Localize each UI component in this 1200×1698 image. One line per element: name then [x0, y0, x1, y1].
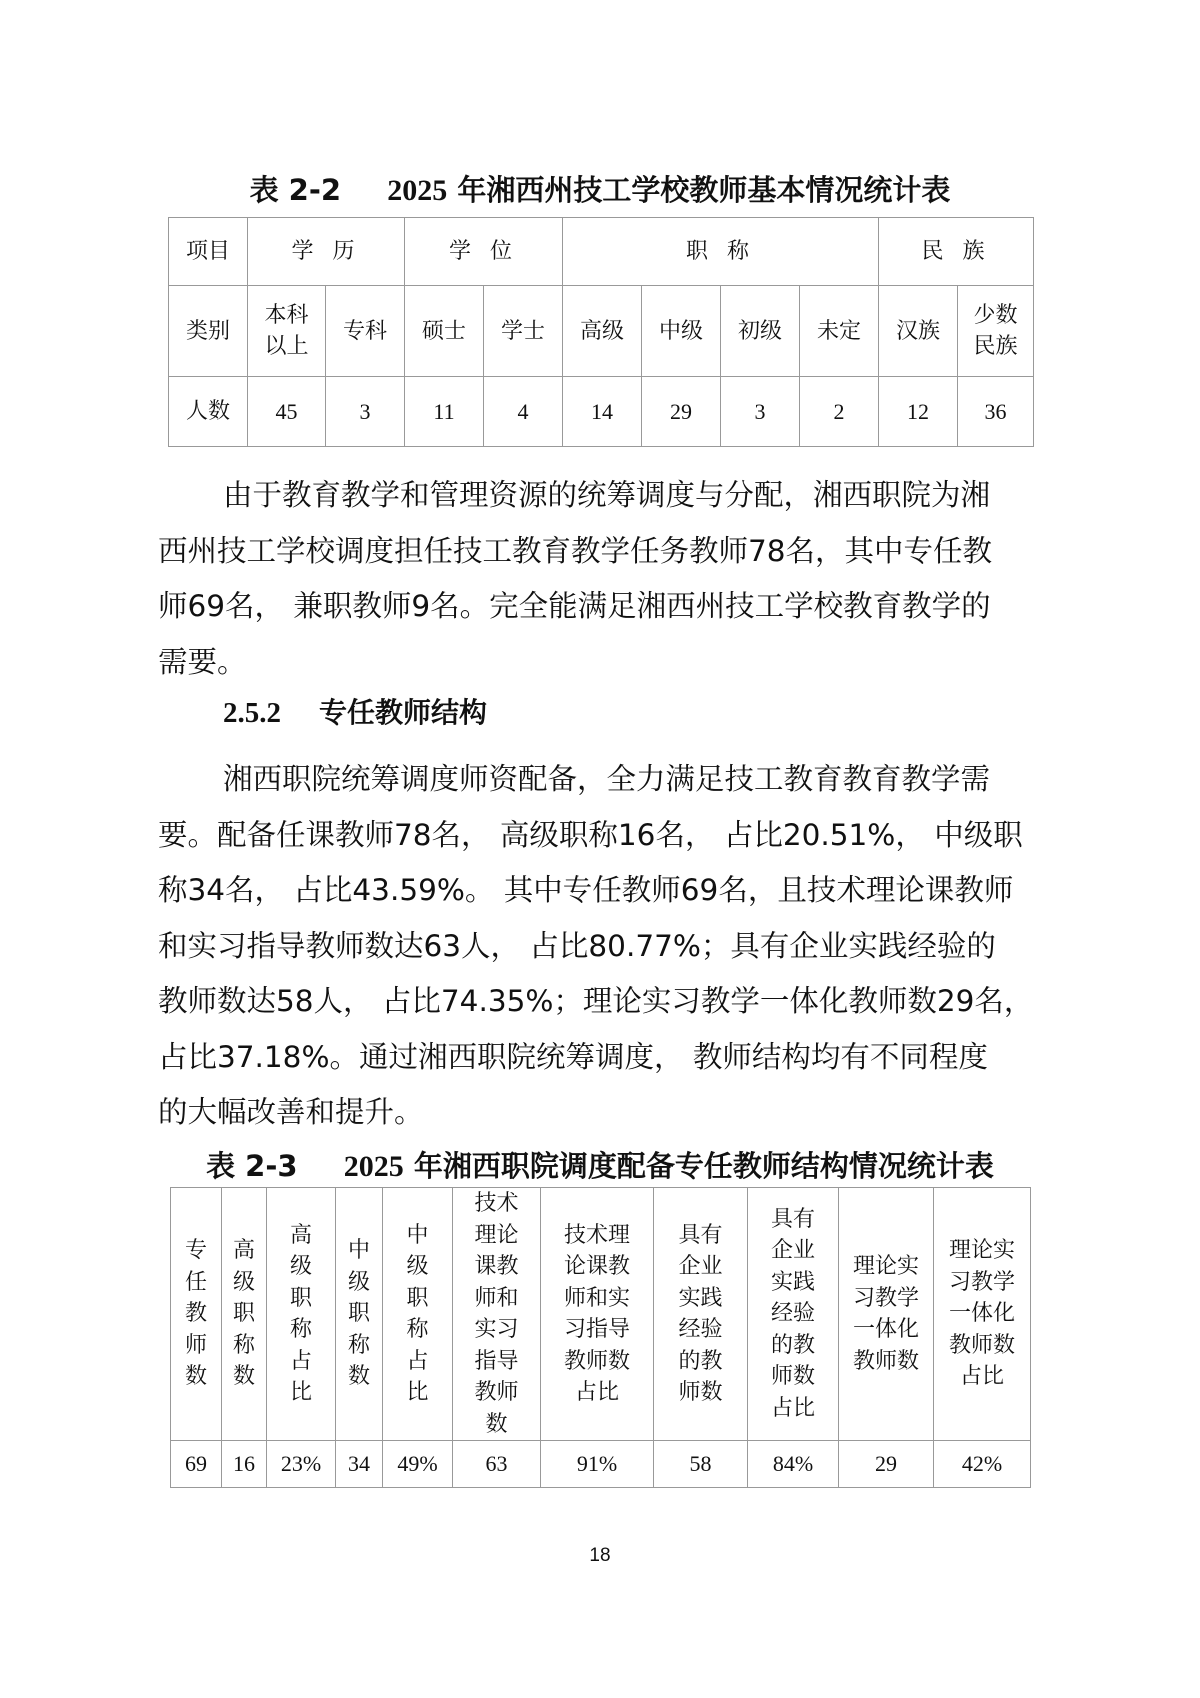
header-cell: 高级职称数 — [222, 1188, 267, 1441]
count-cell: 36 — [958, 377, 1034, 447]
header-line: 习指导 — [541, 1314, 653, 1346]
category-cell: 汉族 — [879, 286, 958, 377]
category-label: 类别 — [169, 286, 248, 377]
header-line: 师和 — [453, 1283, 540, 1315]
paragraph-teacher-structure: 湘西职院统筹调度师资配备，全力满足技工教育教育教学需 要。配备任课教师78名， … — [158, 752, 1046, 1141]
header-line: 理论实 — [934, 1235, 1030, 1267]
header-line: 高 — [222, 1235, 266, 1267]
header-line: 一体化 — [934, 1298, 1030, 1330]
header-cell: 具有企业实践经验的教师数 — [654, 1188, 748, 1441]
header-group-ethnicity: 民 族 — [879, 218, 1034, 286]
header-line: 占比 — [934, 1361, 1030, 1393]
category-cell: 硕士 — [405, 286, 484, 377]
count-cell: 2 — [800, 377, 879, 447]
header-line: 数 — [222, 1361, 266, 1393]
header-line: 职 — [336, 1298, 382, 1330]
header-line: 职 — [222, 1298, 266, 1330]
header-line: 级 — [222, 1267, 266, 1299]
header-line: 数 — [171, 1361, 221, 1393]
count-cell: 45 — [248, 377, 326, 447]
header-line: 级 — [383, 1251, 452, 1283]
header-line: 称 — [222, 1330, 266, 1362]
value-cell: 49% — [383, 1441, 453, 1488]
header-line: 指导 — [453, 1346, 540, 1378]
header-group-title: 职 称 — [563, 218, 879, 286]
caption-label: 表 2-2 — [250, 173, 342, 207]
header-cell: 具有企业实践经验的教师数占比 — [748, 1188, 839, 1441]
caption-year: 2025 — [344, 1150, 404, 1183]
count-row: 人数 45 3 11 4 14 29 3 2 12 36 — [169, 377, 1034, 447]
caption-text: 年湘西职院调度配备专任教师结构情况统计表 — [414, 1149, 994, 1183]
category-cell: 本科以上 — [248, 286, 326, 377]
header-line: 数 — [336, 1361, 382, 1393]
header-line: 具有 — [654, 1220, 747, 1252]
count-cell: 3 — [721, 377, 800, 447]
header-line: 具有 — [748, 1204, 838, 1236]
header-line: 级 — [267, 1251, 335, 1283]
header-line: 比 — [383, 1377, 452, 1409]
header-cell: 理论实习教学一体化教师数 — [839, 1188, 934, 1441]
header-line: 专 — [171, 1235, 221, 1267]
header-line: 师数 — [748, 1361, 838, 1393]
section-number: 2.5.2 — [223, 697, 281, 729]
header-cell: 中级职称占比 — [383, 1188, 453, 1441]
category-cell: 少数民族 — [958, 286, 1034, 377]
page-number: 18 — [0, 1545, 1200, 1567]
teacher-basic-stats-table: 项目 学 历 学 位 职 称 民 族 类别 本科以上 专科 硕士 学士 高级 中… — [168, 217, 1034, 447]
category-cell: 专科 — [326, 286, 405, 377]
category-cell: 高级 — [563, 286, 642, 377]
header-line: 企业 — [654, 1251, 747, 1283]
header-line: 理论 — [453, 1220, 540, 1252]
header-line: 教师数 — [934, 1330, 1030, 1362]
header-line: 一体化 — [839, 1314, 933, 1346]
table-2-3-caption: 表 2-3 2025 年湘西职院调度配备专任教师结构情况统计表 — [0, 1148, 1200, 1185]
header-row: 专任教师数 高级职称数 高级职称占比 中级职称数 中级职称占比 技术理论课教师和… — [171, 1188, 1031, 1441]
caption-label: 表 2-3 — [206, 1149, 298, 1183]
category-cell: 学士 — [484, 286, 563, 377]
header-cell: 中级职称数 — [336, 1188, 383, 1441]
header-line: 任 — [171, 1267, 221, 1299]
count-cell: 3 — [326, 377, 405, 447]
header-line: 技术 — [453, 1188, 540, 1220]
value-cell: 84% — [748, 1441, 839, 1488]
header-line: 占 — [267, 1346, 335, 1378]
header-line: 课教 — [453, 1251, 540, 1283]
header-line: 级 — [336, 1267, 382, 1299]
header-line: 师和实 — [541, 1283, 653, 1315]
section-title: 专任教师结构 — [319, 696, 487, 729]
header-line: 企业 — [748, 1235, 838, 1267]
header-line: 的教 — [654, 1346, 747, 1378]
header-line: 的教 — [748, 1330, 838, 1362]
value-row: 69 16 23% 34 49% 63 91% 58 84% 29 42% — [171, 1441, 1031, 1488]
header-line: 习教学 — [934, 1267, 1030, 1299]
header-line: 中 — [383, 1220, 452, 1252]
header-line: 师数 — [654, 1377, 747, 1409]
value-cell: 63 — [453, 1441, 541, 1488]
header-line: 经验 — [654, 1314, 747, 1346]
caption-text: 年湘西州技工学校教师基本情况统计表 — [457, 173, 950, 207]
header-line: 数 — [453, 1409, 540, 1441]
value-cell: 42% — [934, 1441, 1031, 1488]
full-time-teacher-structure-table: 专任教师数 高级职称数 高级职称占比 中级职称数 中级职称占比 技术理论课教师和… — [170, 1187, 1031, 1488]
header-group-degree: 学 位 — [405, 218, 563, 286]
header-group-education: 学 历 — [248, 218, 405, 286]
header-line: 比 — [267, 1377, 335, 1409]
header-row: 项目 学 历 学 位 职 称 民 族 — [169, 218, 1034, 286]
value-cell: 16 — [222, 1441, 267, 1488]
value-cell: 69 — [171, 1441, 222, 1488]
header-line: 职 — [383, 1283, 452, 1315]
caption-year: 2025 — [387, 174, 447, 207]
header-line: 理论实 — [839, 1251, 933, 1283]
count-cell: 14 — [563, 377, 642, 447]
value-cell: 23% — [267, 1441, 336, 1488]
header-cell: 技术理论课教师和实习指导教师数占比 — [541, 1188, 654, 1441]
header-line: 教 — [171, 1298, 221, 1330]
header-line: 教师数 — [839, 1346, 933, 1378]
header-line: 实践 — [654, 1283, 747, 1315]
value-cell: 34 — [336, 1441, 383, 1488]
header-line: 称 — [336, 1330, 382, 1362]
category-row: 类别 本科以上 专科 硕士 学士 高级 中级 初级 未定 汉族 少数民族 — [169, 286, 1034, 377]
header-cell: 技术理论课教师和实习指导教师数 — [453, 1188, 541, 1441]
header-line: 实践 — [748, 1267, 838, 1299]
count-label: 人数 — [169, 377, 248, 447]
header-line: 习教学 — [839, 1283, 933, 1315]
header-line: 称 — [383, 1314, 452, 1346]
header-line: 占比 — [541, 1377, 653, 1409]
value-cell: 29 — [839, 1441, 934, 1488]
header-line: 教师 — [453, 1377, 540, 1409]
value-cell: 91% — [541, 1441, 654, 1488]
header-cell: 高级职称占比 — [267, 1188, 336, 1441]
header-line: 称 — [267, 1314, 335, 1346]
header-item: 项目 — [169, 218, 248, 286]
header-line: 经验 — [748, 1298, 838, 1330]
header-line: 技术理 — [541, 1220, 653, 1252]
header-line: 实习 — [453, 1314, 540, 1346]
count-cell: 11 — [405, 377, 484, 447]
count-cell: 4 — [484, 377, 563, 447]
category-cell: 初级 — [721, 286, 800, 377]
category-cell: 中级 — [642, 286, 721, 377]
header-line: 论课教 — [541, 1251, 653, 1283]
paragraph-teacher-allocation: 由于教育教学和管理资源的统筹调度与分配，湘西职院为湘 西州技工学校调度担任技工教… — [158, 468, 1046, 690]
header-line: 高 — [267, 1220, 335, 1252]
table-2-2-caption: 表 2-2 2025 年湘西州技工学校教师基本情况统计表 — [0, 172, 1200, 209]
header-line: 占比 — [748, 1393, 838, 1425]
header-line: 职 — [267, 1283, 335, 1315]
header-line: 师 — [171, 1330, 221, 1362]
category-cell: 未定 — [800, 286, 879, 377]
section-heading: 2.5.2专任教师结构 — [223, 692, 487, 734]
header-line: 中 — [336, 1235, 382, 1267]
header-line: 教师数 — [541, 1346, 653, 1378]
count-cell: 12 — [879, 377, 958, 447]
header-line: 占 — [383, 1346, 452, 1378]
count-cell: 29 — [642, 377, 721, 447]
value-cell: 58 — [654, 1441, 748, 1488]
header-cell: 专任教师数 — [171, 1188, 222, 1441]
header-cell: 理论实习教学一体化教师数占比 — [934, 1188, 1031, 1441]
